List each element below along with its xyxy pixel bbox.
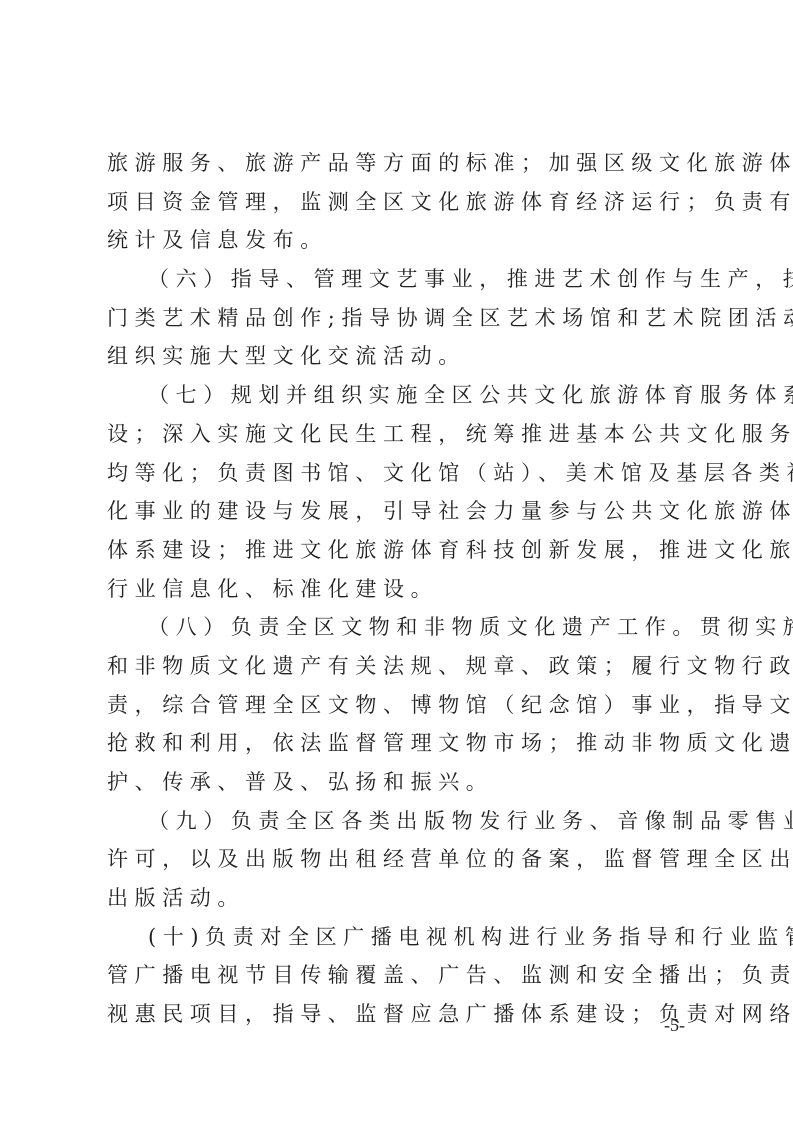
text-line: 视惠民项目，指导、监督应急广播体系建设；负责对网络视听节	[107, 995, 695, 1034]
paragraph-start-9: （九）负责全区各类出版物发行业务、音像制品零售业务的	[107, 802, 695, 841]
text-line: 组织实施大型文化交流活动。	[107, 337, 695, 376]
paragraph-start-10: (十)负责对全区广播电视机构进行业务指导和行业监管，监	[107, 918, 695, 957]
paragraph-start-8: （八）负责全区文物和非物质文化遗产工作。贯彻实施文物	[107, 608, 695, 647]
text-line: 行业信息化、标准化建设。	[107, 570, 695, 609]
text-line: 化事业的建设与发展，引导社会力量参与公共文化旅游体育服务	[107, 492, 695, 531]
text-line: 项目资金管理，监测全区文化旅游体育经济运行；负责有关行业	[107, 183, 695, 222]
text-line: 门类艺术精品创作;指导协调全区艺术场馆和艺术院团活动开展，	[107, 299, 695, 338]
text-line: 体系建设；推进文化旅游体育科技创新发展，推进文化旅游体育	[107, 531, 695, 570]
paragraph-start-6: （六）指导、管理文艺事业，推进艺术创作与生产，扶持各	[107, 260, 695, 299]
text-line: 均等化；负责图书馆、文化馆（站）、美术馆及基层各类社会文	[107, 454, 695, 493]
document-page: 旅游服务、旅游产品等方面的标准；加强区级文化旅游体育各类 项目资金管理，监测全区…	[0, 0, 793, 1122]
text-line: 管广播电视节目传输覆盖、广告、监测和安全播出；负责广播影	[107, 956, 695, 995]
paragraph-start-7: （七）规划并组织实施全区公共文化旅游体育服务体系建	[107, 376, 695, 415]
text-line: 出版活动。	[107, 879, 695, 918]
text-line: 设；深入实施文化民生工程，统筹推进基本公共文化服务标准化、	[107, 415, 695, 454]
text-line: 许可，以及出版物出租经营单位的备案，监督管理全区出版单位	[107, 840, 695, 879]
text-line: 和非物质文化遗产有关法规、规章、政策；履行文物行政管理职	[107, 647, 695, 686]
text-line: 责，综合管理全区文物、博物馆（纪念馆）事业，指导文物保护、	[107, 686, 695, 725]
text-line: 旅游服务、旅游产品等方面的标准；加强区级文化旅游体育各类	[107, 144, 695, 183]
text-line: 统计及信息发布。	[107, 221, 695, 260]
body-text: 旅游服务、旅游产品等方面的标准；加强区级文化旅游体育各类 项目资金管理，监测全区…	[107, 144, 695, 1034]
text-line: 抢救和利用，依法监督管理文物市场；推动非物质文化遗产的保	[107, 724, 695, 763]
page-number: -5-	[664, 1015, 685, 1036]
text-line: 护、传承、普及、弘扬和振兴。	[107, 763, 695, 802]
